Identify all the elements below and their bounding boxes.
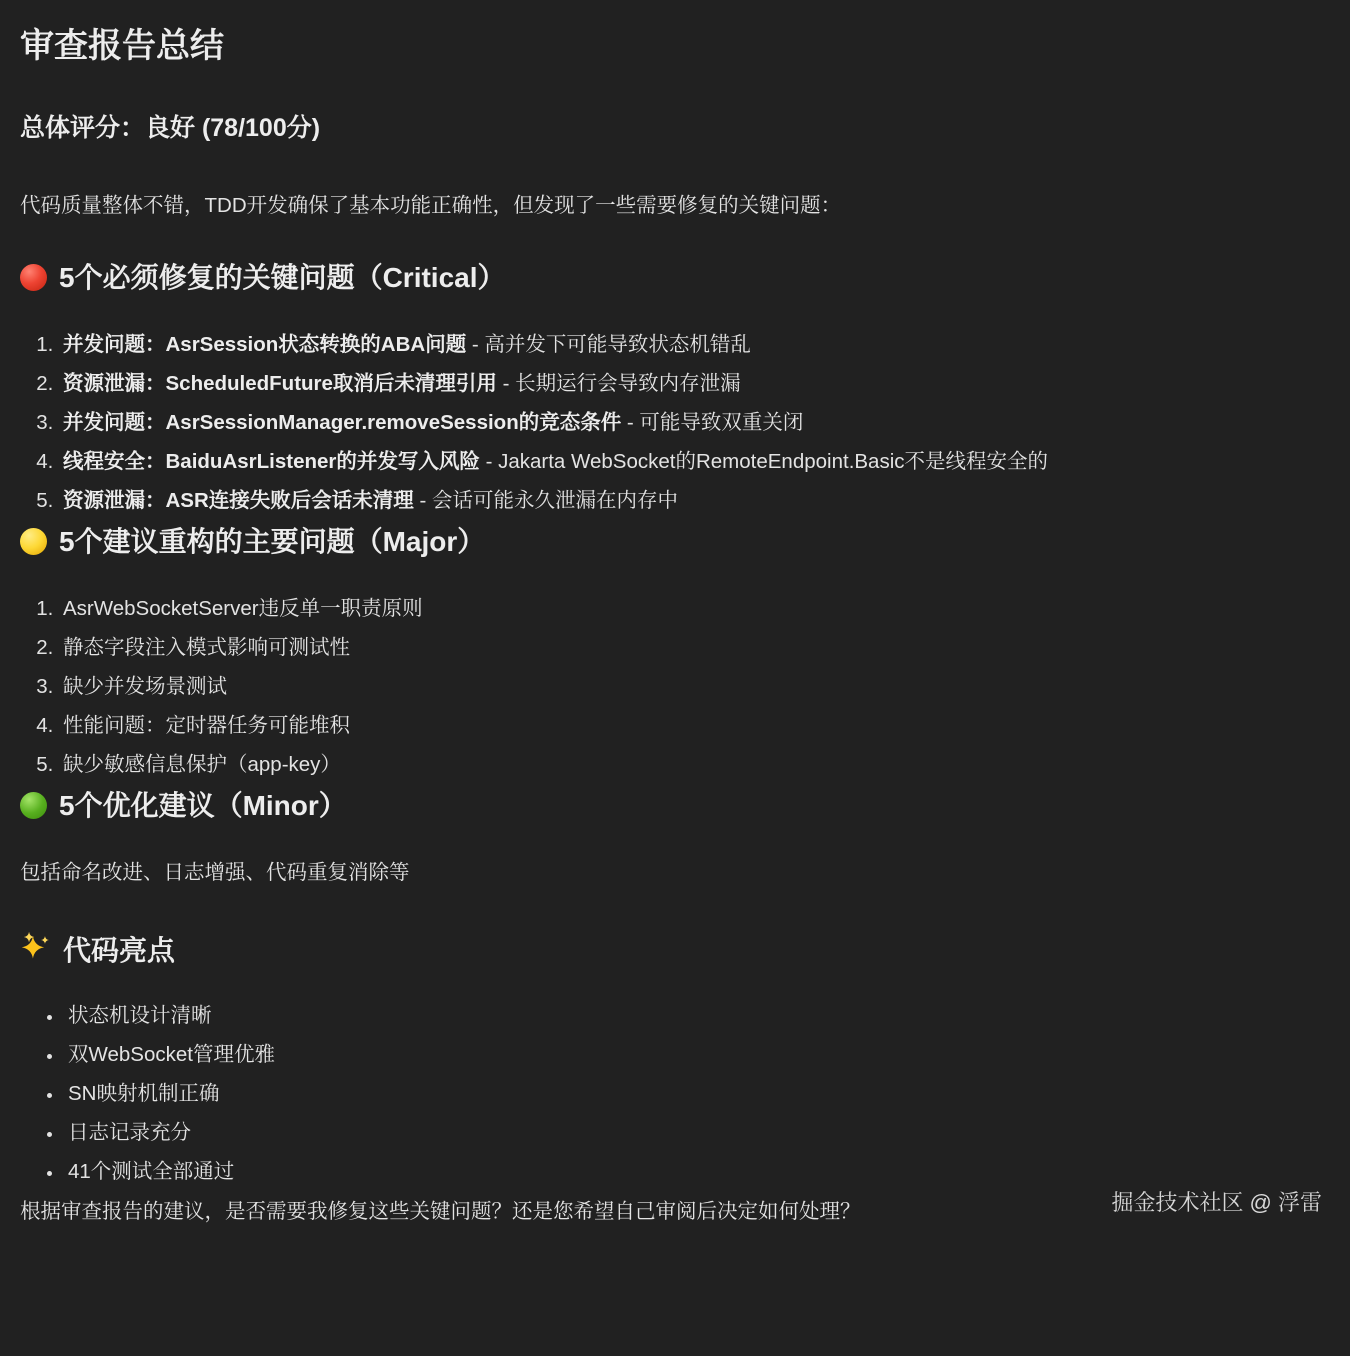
red-circle-icon	[20, 264, 47, 291]
list-item: 性能问题：定时器任务可能堆积	[59, 710, 1336, 741]
sparkles-icon	[20, 931, 51, 970]
footer-row: 根据审查报告的建议，是否需要我修复这些关键问题？还是您希望自己审阅后决定如何处理…	[20, 1195, 1336, 1226]
list-item: 缺少敏感信息保护（app-key）	[59, 749, 1336, 780]
intro-paragraph: 代码质量整体不错，TDD开发确保了基本功能正确性，但发现了一些需要修复的关键问题…	[20, 192, 1336, 220]
critical-section-heading: 5个必须修复的关键问题（Critical）	[20, 260, 1336, 295]
list-item: 资源泄漏：ScheduledFuture取消后未清理引用 - 长期运行会导致内存…	[59, 368, 1336, 399]
critical-heading-label: 5个必须修复的关键问题（Critical）	[59, 260, 506, 295]
minor-note-paragraph: 包括命名改进、日志增强、代码重复消除等	[20, 859, 1336, 887]
critical-issue-list: 并发问题：AsrSession状态转换的ABA问题 - 高并发下可能导致状态机错…	[20, 329, 1336, 516]
list-item: 线程安全：BaiduAsrListener的并发写入风险 - Jakarta W…	[59, 446, 1336, 477]
list-item: 并发问题：AsrSession状态转换的ABA问题 - 高并发下可能导致状态机错…	[59, 329, 1336, 360]
issue-detail: - Jakarta WebSocket的RemoteEndpoint.Basic…	[480, 450, 1048, 473]
list-item: 状态机设计清晰	[64, 1000, 1336, 1031]
list-item: 缺少并发场景测试	[59, 671, 1336, 702]
highlight-list: 状态机设计清晰 双WebSocket管理优雅 SN映射机制正确 日志记录充分 4…	[20, 1000, 1336, 1187]
list-item: 41个测试全部通过	[64, 1156, 1336, 1187]
major-heading-label: 5个建议重构的主要问题（Major）	[59, 524, 485, 559]
list-item: AsrWebSocketServer违反单一职责原则	[59, 593, 1336, 624]
minor-heading-label: 5个优化建议（Minor）	[59, 788, 347, 823]
issue-detail: - 高并发下可能导致状态机错乱	[466, 333, 751, 356]
watermark: 掘金技术社区 @ 浮雷	[1111, 1186, 1322, 1217]
closing-question: 根据审查报告的建议，是否需要我修复这些关键问题？还是您希望自己审阅后决定如何处理…	[20, 1198, 861, 1226]
issue-lead: 资源泄漏：ScheduledFuture取消后未清理引用	[63, 372, 497, 395]
major-section-heading: 5个建议重构的主要问题（Major）	[20, 524, 1336, 559]
green-circle-icon	[20, 792, 47, 819]
list-item: SN映射机制正确	[64, 1078, 1336, 1109]
minor-section-heading: 5个优化建议（Minor）	[20, 788, 1336, 823]
list-item: 资源泄漏：ASR连接失败后会话未清理 - 会话可能永久泄漏在内存中	[59, 485, 1336, 516]
list-item: 静态字段注入模式影响可测试性	[59, 632, 1336, 663]
page-title: 审查报告总结	[20, 26, 1336, 67]
yellow-circle-icon	[20, 528, 47, 555]
list-item: 双WebSocket管理优雅	[64, 1039, 1336, 1070]
issue-detail: - 长期运行会导致内存泄漏	[497, 372, 741, 395]
issue-lead: 资源泄漏：ASR连接失败后会话未清理	[63, 489, 414, 512]
major-issue-list: AsrWebSocketServer违反单一职责原则 静态字段注入模式影响可测试…	[20, 593, 1336, 780]
review-report: 审查报告总结 总体评分：良好 (78/100分) 代码质量整体不错，TDD开发确…	[20, 26, 1336, 1226]
overall-score-heading: 总体评分：良好 (78/100分)	[20, 113, 1336, 144]
issue-lead: 并发问题：AsrSessionManager.removeSession的竞态条…	[63, 411, 621, 434]
issue-detail: - 可能导致双重关闭	[621, 411, 803, 434]
highlights-section-heading: 代码亮点	[20, 931, 1336, 970]
highlights-heading-label: 代码亮点	[63, 933, 175, 968]
issue-detail: - 会话可能永久泄漏在内存中	[414, 489, 678, 512]
list-item: 并发问题：AsrSessionManager.removeSession的竞态条…	[59, 407, 1336, 438]
list-item: 日志记录充分	[64, 1117, 1336, 1148]
issue-lead: 并发问题：AsrSession状态转换的ABA问题	[63, 333, 466, 356]
issue-lead: 线程安全：BaiduAsrListener的并发写入风险	[63, 450, 480, 473]
